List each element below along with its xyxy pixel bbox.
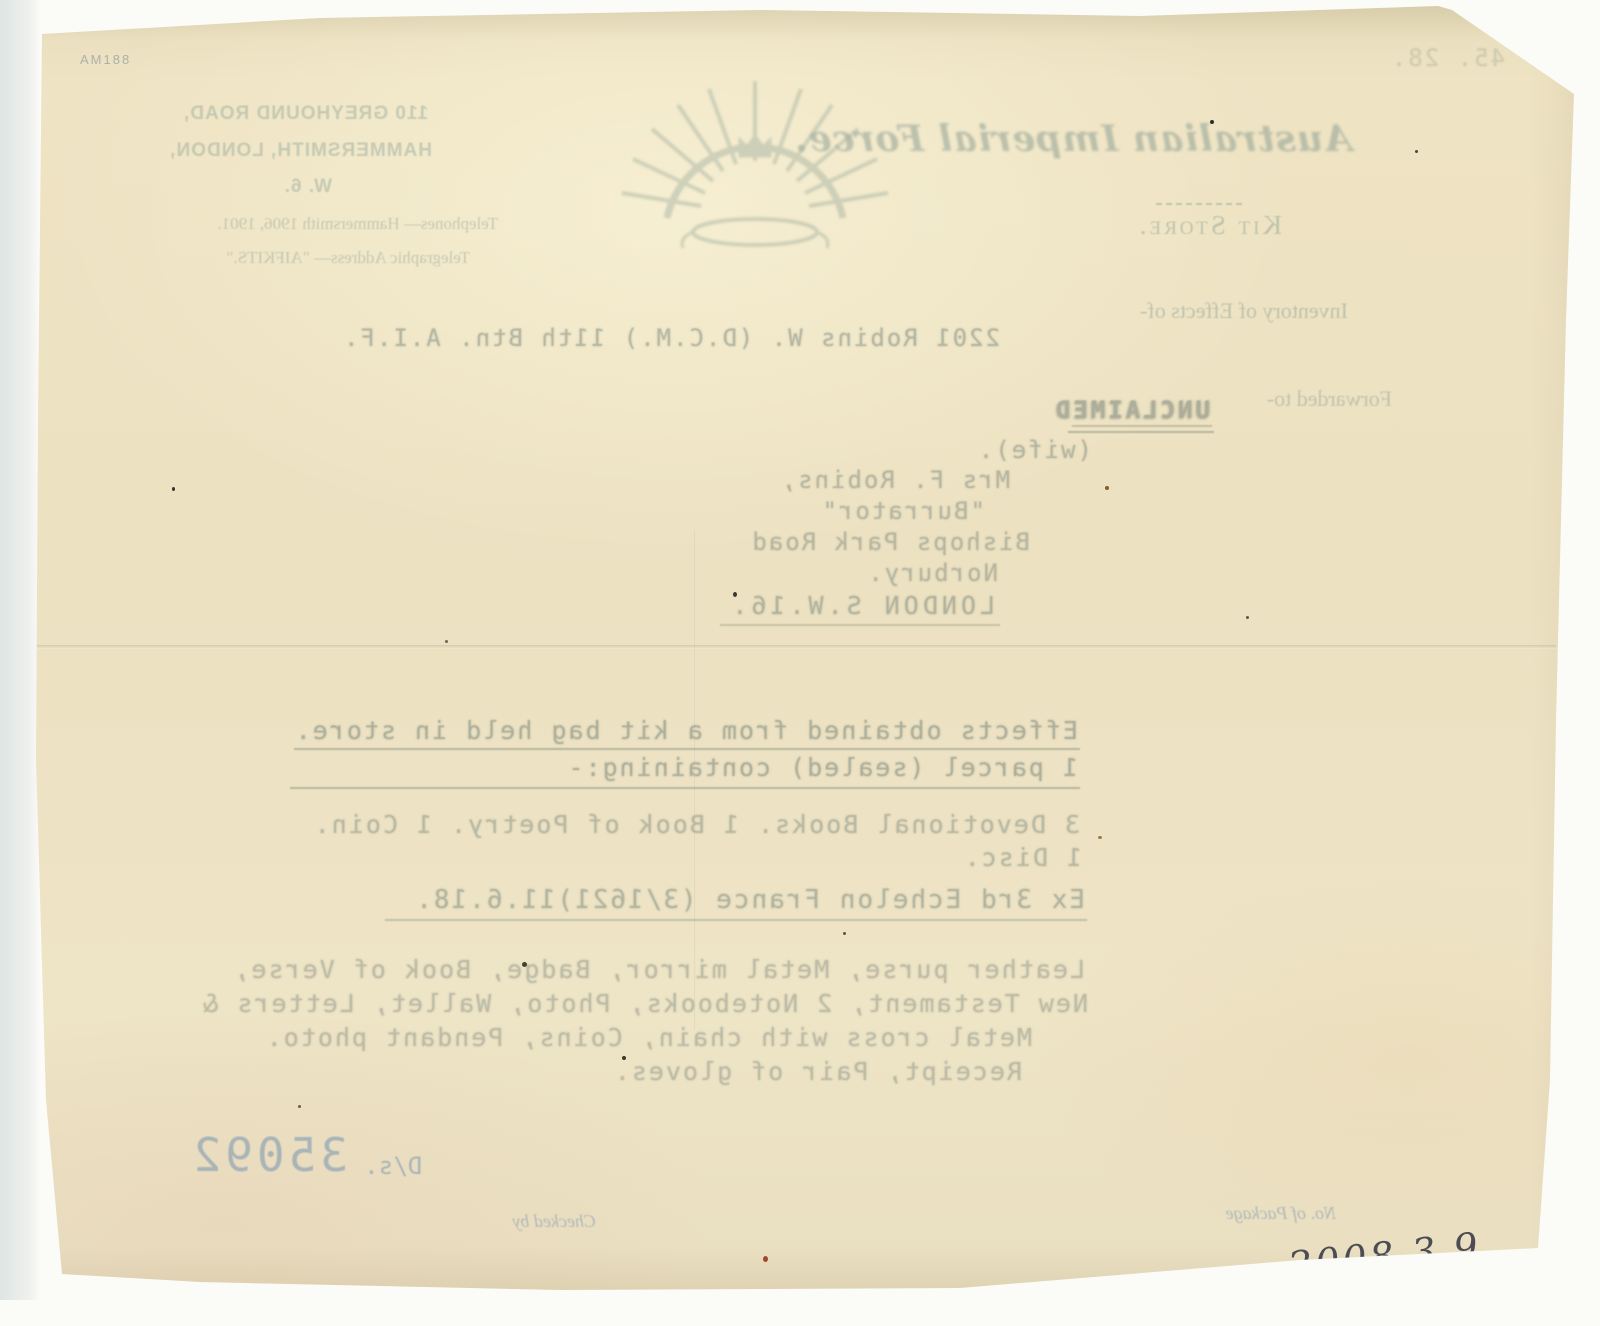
contents-parcel-line: 1 parcel (sealed) containing:- [566, 753, 1078, 782]
letterhead-address-line3: W. 6. [284, 176, 332, 198]
item-line3: Metal cross with chain, Coins, Pendant p… [265, 1023, 1032, 1052]
forwarded-label: Forwarded to- [1267, 386, 1392, 412]
paper-speck [1098, 836, 1102, 839]
letterhead-telegraphic: Telegraphic Address— "AIFKITS." [226, 248, 470, 268]
item-line1: Leather purse, Metal mirror, Badge, Book… [232, 955, 1085, 984]
paper-speck [1210, 120, 1214, 124]
paper-speck [733, 592, 737, 597]
letterhead-telephones: Telephones— Hammersmith 1906, 1901. [217, 214, 498, 234]
paper-speck [172, 487, 175, 491]
scanner-edge-strip [0, 0, 40, 1300]
addressee-house: "Burrator" [821, 497, 986, 525]
status-unclaimed: UNCLAIMED [1053, 396, 1210, 424]
ds-label: D/s. [364, 1152, 422, 1180]
letterhead-divider [1156, 203, 1242, 205]
addressee-district: Norbury. [866, 559, 998, 587]
paper-speck [843, 932, 846, 935]
status-underline-1 [1072, 425, 1212, 427]
soldier-line: 2201 Robins W. (D.C.M.) 11th Btn. A.I.F. [342, 324, 1000, 352]
paper-speck [763, 1256, 768, 1262]
letterhead-address-line2: HAMMERSMITH, LONDON, [169, 140, 432, 162]
paper-speck [1415, 150, 1418, 153]
paper-speck [445, 640, 448, 643]
item-line4: Receipt, Pair of gloves. [613, 1057, 1022, 1086]
rising-sun-badge [605, 66, 905, 266]
addressee-city: LONDON S.W.16. [728, 591, 995, 620]
source-underline [294, 748, 1080, 750]
parcel-underline [290, 787, 1080, 789]
mirrored-bleedthrough-layer: 45. 28. Australian Imperial Force. Kit S… [0, 0, 1600, 1326]
inventory-effects-label: Inventory of Effects of- [1140, 298, 1348, 324]
paper-speck [1105, 486, 1109, 490]
contents-source-line: Effects obtained from a kit bag held in … [294, 716, 1078, 745]
addressee-street: Bishops Park Road [750, 528, 1030, 556]
paper-speck [298, 1105, 301, 1108]
letterhead-address-line1: 110 GREYHOUND ROAD, [183, 103, 428, 125]
addressee-name: Mrs F. Robins, [780, 466, 1010, 494]
item-line2: New Testament, 2 Notebooks, Photo, Walle… [201, 989, 1088, 1018]
scanned-document-page: { "marks": { "catalog_small": "AM188", "… [0, 0, 1600, 1326]
contents-list-line1: 3 Devotional Books. 1 Book of Poetry. 1 … [313, 810, 1080, 839]
paper-speck [522, 962, 527, 967]
echelon-line: Ex 3rd Echelon France (3/1621)11.6.18. [414, 885, 1085, 915]
checked-by-label: Checked by [513, 1211, 596, 1232]
city-underline [720, 624, 1000, 626]
paper-speck [622, 1056, 626, 1060]
package-label: No. of Package [1226, 1203, 1336, 1224]
paper-speck [1246, 616, 1249, 619]
ds-number: 35092 [190, 1128, 348, 1182]
contents-list-line2: 1 Disc. [963, 843, 1082, 872]
form-number: 45. 28. [1390, 44, 1505, 72]
addressee-relation: (wife). [977, 436, 1092, 464]
echelon-underline [385, 919, 1087, 921]
status-underline-2 [1068, 431, 1214, 433]
paper: AM188 45. 28. Australian Imperial Force.… [0, 0, 1600, 1326]
letterhead-subtitle: Kit Store. [1137, 210, 1282, 241]
